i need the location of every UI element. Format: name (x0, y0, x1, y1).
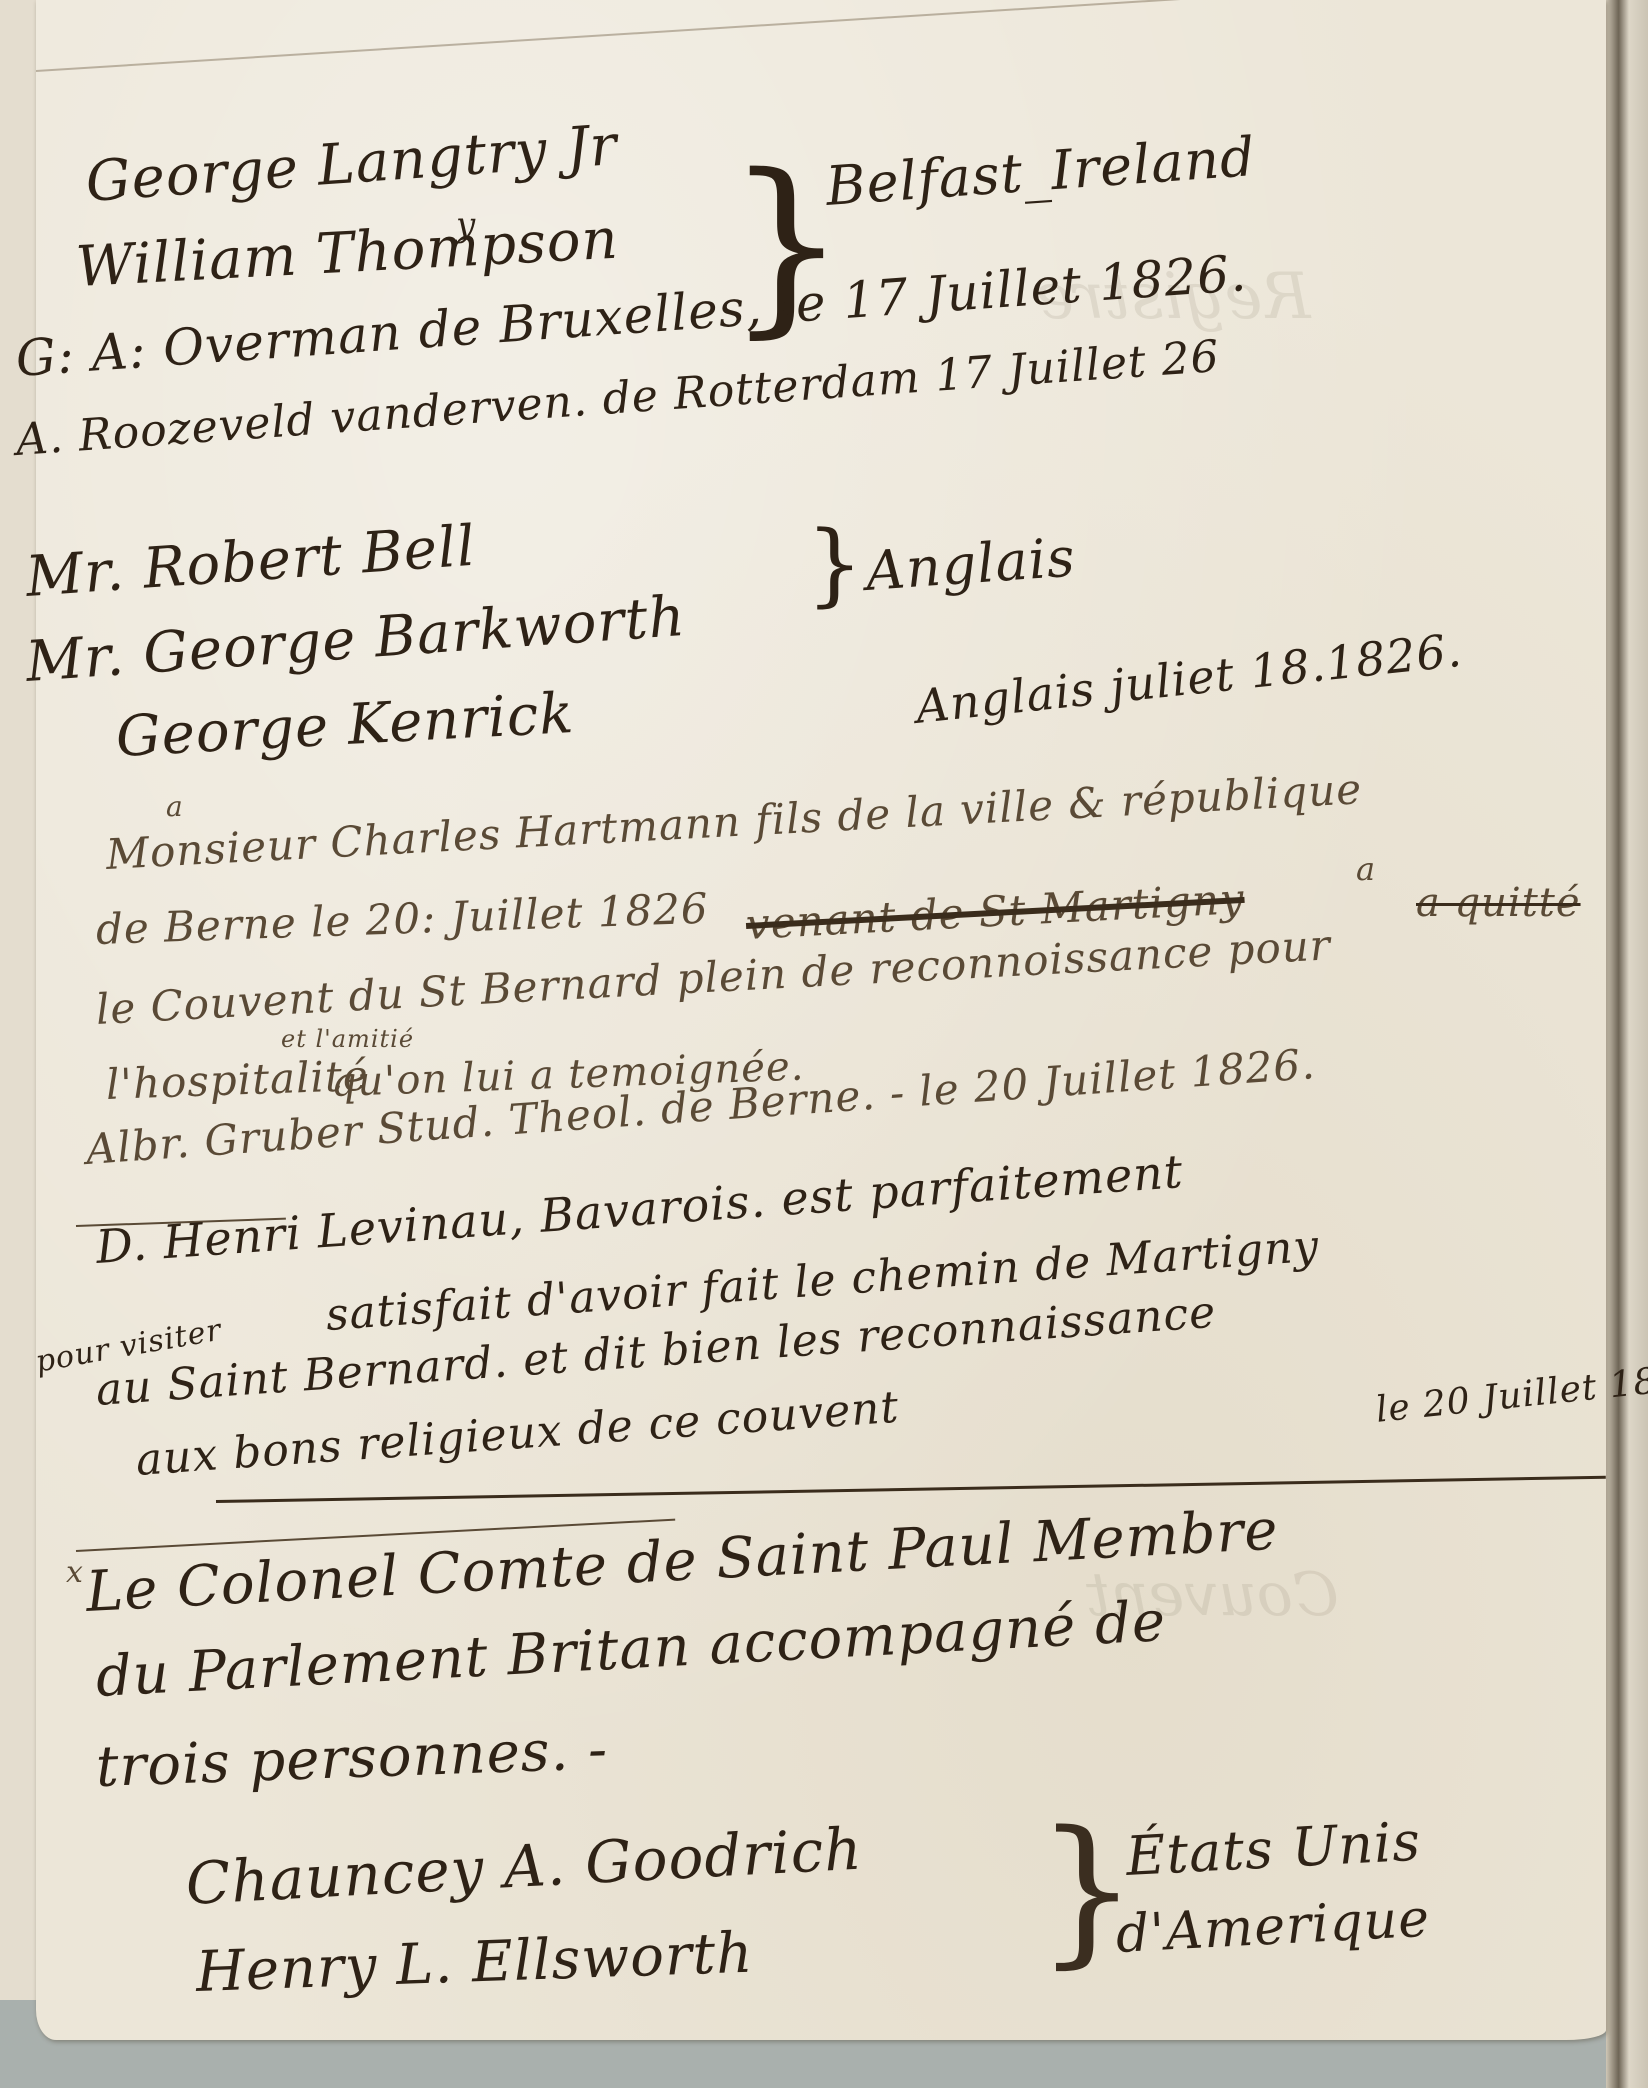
entry-place: d'Amerique (1114, 1889, 1431, 1965)
entry-place: États Unis (1124, 1810, 1422, 1888)
entry-name: George Langtry Jr (84, 113, 620, 215)
paper-fold-line (36, 0, 1596, 72)
entry-line: de Berne le 20: Juillet 1826 (95, 884, 709, 954)
entry-name: George Kenrick (114, 681, 575, 770)
entry-place: Belfast_Ireland (824, 125, 1258, 218)
entry-line: Monsieur Charles Hartmann fils de la vil… (105, 764, 1364, 879)
entry-name: Chauncey A. Goodrich (184, 1815, 864, 1918)
margin-mark: x (66, 1555, 84, 1590)
entry-name: Henry L. Ellsworth (195, 1921, 754, 2005)
scanned-register-page: Registre Couvent George Langtry Jr y Wil… (0, 0, 1648, 2088)
manuscript-leaf: Registre Couvent George Langtry Jr y Wil… (36, 0, 1606, 2040)
grouping-brace: } (806, 520, 863, 610)
book-spine (1606, 0, 1648, 2088)
insertion-mark: a (166, 790, 184, 823)
struck-text: a quitté (1416, 880, 1581, 926)
interlinear-insertion: et l'amitié (281, 1025, 414, 1053)
entry-separator (216, 1476, 1606, 1503)
insertion-mark: a (1356, 850, 1376, 888)
entry-name: William Thompson (74, 207, 620, 300)
entry-line: trois personnes. - (95, 1717, 609, 1800)
entry-date: Anglais juliet 18.1826. (913, 623, 1464, 734)
entry-name: Mr. Robert Bell (24, 514, 478, 610)
entry-nationality: Anglais (864, 525, 1078, 602)
